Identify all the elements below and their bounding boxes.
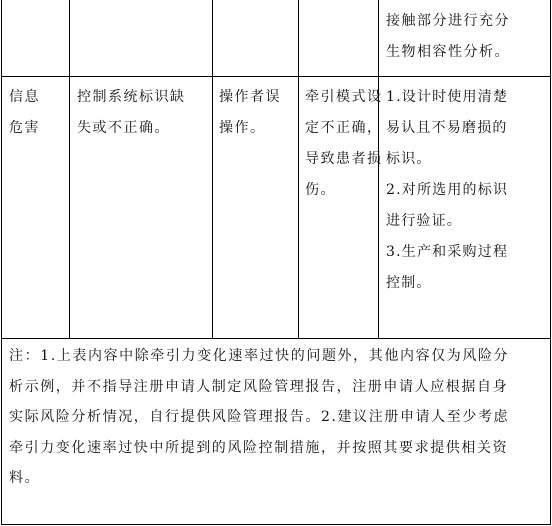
cell-text-line: 定不正确， [305,113,383,144]
cell-control-measures: 1.设计时使用清楚 易认且不易磨损的 标识。 2.对所选用的标识 进行验证。 3… [386,82,508,299]
cell-text-line: 操作。 [219,113,281,144]
table-border-bottom [1,524,551,525]
cell-text-line: 生物相容性分析。 [386,37,510,68]
cell-hazard-category: 信息 危害 [9,82,40,144]
row-divider [1,76,551,77]
cell-text-line: 导致患者损 [305,144,383,175]
note-line: 注：1.上表内容中除牵引力变化速率过快的问题外，其他内容仅为风险分 [9,341,545,372]
note-line: 实际风险分析情况，自行提供风险管理报告。2.建议注册申请人至少考虑 [9,402,545,433]
cell-text-line: 控制系统标识缺 [77,82,186,113]
cell-text-line: 接触部分进行充分 [386,6,510,37]
table-note: 注：1.上表内容中除牵引力变化速率过快的问题外，其他内容仅为风险分 析示例，并不… [9,341,545,494]
note-line: 料。 [9,463,545,494]
cell-text-line: 标识。 [386,144,508,175]
cell-hazard-cause: 控制系统标识缺 失或不正确。 [77,82,186,144]
table-border-right [550,0,551,525]
cell-text-line: 信息 [9,82,40,113]
table-border-left [1,0,2,525]
column-divider [69,0,70,338]
cell-text-line: 进行验证。 [386,206,508,237]
cell-text-line: 危害 [9,113,40,144]
cell-text-line: 牵引模式设 [305,82,383,113]
cell-text-line: 易认且不易磨损的 [386,113,508,144]
cell-text-line: 3.生产和采购过程 [386,237,508,268]
cell-text-line: 1.设计时使用清楚 [386,82,508,113]
cell-hazard-trigger: 操作者误 操作。 [219,82,281,144]
cell-text-line: 失或不正确。 [77,113,186,144]
note-line: 牵引力变化速率过快中所提到的风险控制措施，并按照其要求提供相关资 [9,433,545,464]
cell-text-line: 操作者误 [219,82,281,113]
note-line: 析示例，并不指导注册申请人制定风险管理报告，注册申请人应根据自身 [9,372,545,403]
row-divider [1,338,551,339]
cell-control-measures-continued: 接触部分进行充分 生物相容性分析。 [386,6,510,68]
column-divider [298,0,299,338]
risk-analysis-table: 接触部分进行充分 生物相容性分析。 信息 危害 控制系统标识缺 失或不正确。 操… [0,0,552,526]
cell-text-line: 2.对所选用的标识 [386,175,508,206]
cell-text-line: 伤。 [305,175,383,206]
cell-text-line: 控制。 [386,268,508,299]
column-divider [212,0,213,338]
cell-hazard-consequence: 牵引模式设 定不正确， 导致患者损 伤。 [305,82,383,206]
